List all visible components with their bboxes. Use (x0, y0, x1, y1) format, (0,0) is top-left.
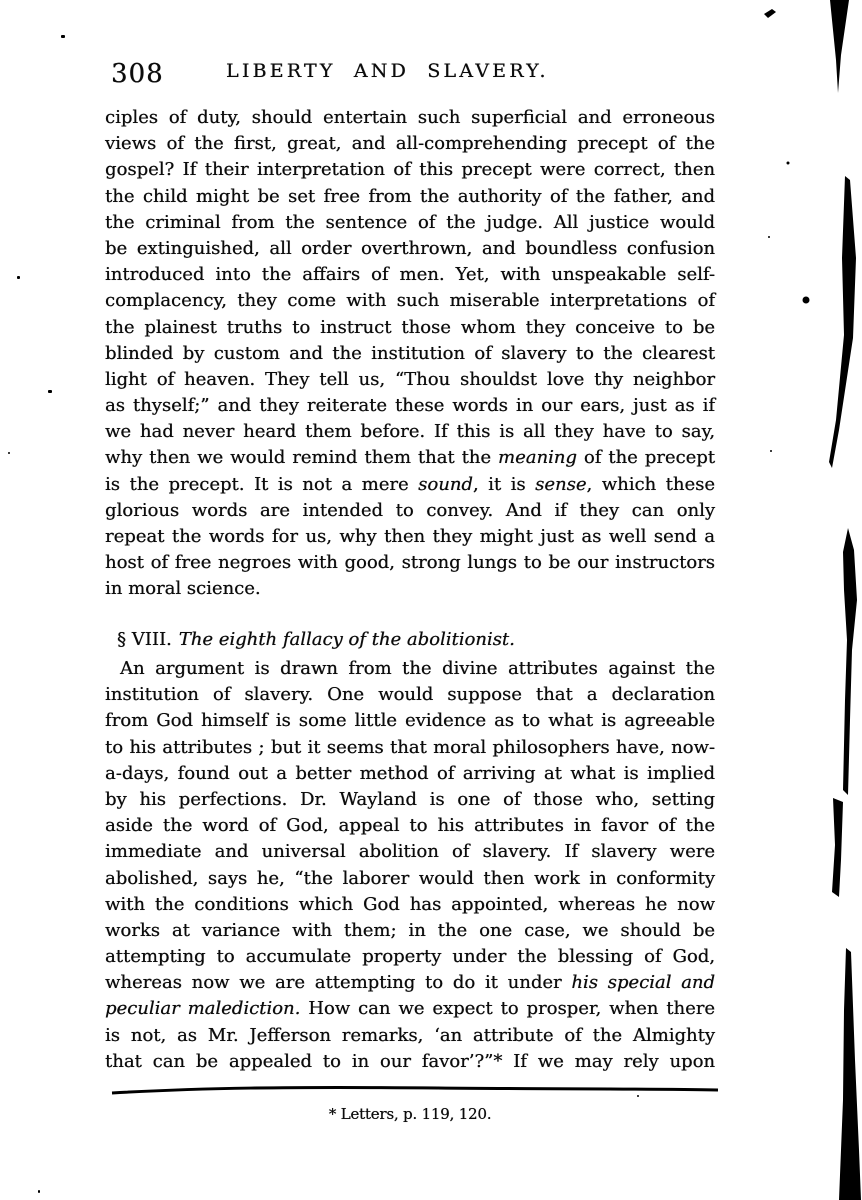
footnote: * Letters, p. 119, 120. (105, 1104, 715, 1124)
text-line: by his perfections. Dr. Wayland is one o… (105, 787, 715, 813)
ink-speck (38, 1190, 40, 1193)
text: with the conditions which God has appoin… (105, 894, 715, 915)
text-line: that can be appealed to in our favor’?”*… (105, 1049, 715, 1075)
text: of the precept (577, 447, 715, 468)
italic-text: sound (418, 474, 473, 495)
text-line: introduced into the affairs of men. Yet,… (105, 262, 715, 288)
text-line: with the conditions which God has appoin… (105, 892, 715, 918)
text-line: a-days, found out a better method of arr… (105, 761, 715, 787)
text-line: in moral science. (105, 576, 715, 602)
text: light of heaven. They tell us, “Thou sho… (105, 369, 715, 390)
ink-speck (61, 35, 65, 38)
text: as thyself;” and they reiterate these wo… (105, 395, 715, 416)
italic-text: his special and (571, 972, 715, 993)
text: views of the first, great, and all-compr… (105, 133, 715, 154)
text: glorious words are intended to convey. A… (105, 500, 715, 521)
ink-speck (8, 452, 10, 454)
text: abolished, says he, “the laborer would t… (105, 868, 715, 889)
text: An argument is drawn from the divine att… (120, 658, 715, 679)
text-line: from God himself is some little evidence… (105, 708, 715, 734)
running-title: LIBERTY AND SLAVERY. (226, 62, 549, 81)
text: introduced into the affairs of men. Yet,… (105, 264, 715, 285)
text-line: is the precept. It is not a mere sound, … (105, 472, 715, 498)
text-line: gospel? If their interpretation of this … (105, 157, 715, 183)
text-line: as thyself;” and they reiterate these wo… (105, 393, 715, 419)
text-line: host of free negroes with good, strong l… (105, 550, 715, 576)
text: gospel? If their interpretation of this … (105, 159, 715, 180)
text-line: is not, as Mr. Jefferson remarks, ‘an at… (105, 1023, 715, 1049)
text: works at variance with them; in the one … (105, 920, 715, 941)
text-line: the criminal from the sentence of the ju… (105, 210, 715, 236)
text: , it is (473, 474, 535, 495)
ink-speck (770, 450, 772, 452)
text: that can be appealed to in our favor’?”*… (105, 1051, 715, 1072)
text-line: glorious words are intended to convey. A… (105, 498, 715, 524)
text: blinded by custom and the institution of… (105, 343, 715, 364)
text-line: whereas now we are attempting to do it u… (105, 970, 715, 996)
italic-text: meaning (498, 447, 577, 468)
text: repeat the words for us, why then they m… (105, 526, 715, 547)
text: be extinguished, all order overthrown, a… (105, 238, 715, 259)
section-heading: § VIII.The eighth fallacy of the aboliti… (105, 626, 727, 653)
book-page: 308 LIBERTY AND SLAVERY. ciples of duty,… (0, 0, 862, 1200)
text-line: aside the word of God, appeal to his att… (105, 813, 715, 839)
section-marker: § VIII. (117, 629, 172, 650)
text-line: works at variance with them; in the one … (105, 918, 715, 944)
text-line: complacency, they come with such miserab… (105, 288, 715, 314)
text-line: peculiar malediction. How can we expect … (105, 996, 715, 1022)
text-line: why then we would remind them that the m… (105, 445, 715, 471)
text-line: the plainest truths to instruct those wh… (105, 315, 715, 341)
text: we had never heard them before. If this … (105, 421, 715, 442)
text: attempting to accumulate property under … (105, 946, 715, 967)
text: immediate and universal abolition of sla… (105, 841, 715, 862)
text-line: blinded by custom and the institution of… (105, 341, 715, 367)
text: the criminal from the sentence of the ju… (105, 212, 715, 233)
paragraph-2: An argument is drawn from the divine att… (105, 656, 715, 1075)
text-line: the child might be set free from the aut… (105, 184, 715, 210)
text: the plainest truths to instruct those wh… (105, 317, 715, 338)
text-line: attempting to accumulate property under … (105, 944, 715, 970)
text: , which these (586, 474, 715, 495)
text: ciples of duty, should entertain such su… (105, 107, 715, 128)
paragraph-1: ciples of duty, should entertain such su… (105, 105, 715, 603)
text-line: light of heaven. They tell us, “Thou sho… (105, 367, 715, 393)
text: complacency, they come with such miserab… (105, 290, 715, 311)
text: in moral science. (105, 578, 261, 599)
text: the child might be set free from the aut… (105, 186, 715, 207)
text-line: ciples of duty, should entertain such su… (105, 105, 715, 131)
text-line: An argument is drawn from the divine att… (105, 656, 715, 682)
text: is the precept. It is not a mere (105, 474, 418, 495)
text: institution of slavery. One would suppos… (105, 684, 715, 705)
page-number: 308 (111, 61, 164, 87)
text-line: repeat the words for us, why then they m… (105, 524, 715, 550)
text-line: views of the first, great, and all-compr… (105, 131, 715, 157)
text: from God himself is some little evidence… (105, 710, 715, 731)
text: to his attributes ; but it seems that mo… (105, 737, 715, 758)
text: is not, as Mr. Jefferson remarks, ‘an at… (105, 1025, 715, 1046)
ink-speck (637, 1095, 639, 1097)
ink-speck (17, 276, 20, 279)
text-line: immediate and universal abolition of sla… (105, 839, 715, 865)
ink-speck (768, 236, 770, 238)
section-title: The eighth fallacy of the abolitionist. (179, 629, 515, 650)
text-line: institution of slavery. One would suppos… (105, 682, 715, 708)
footnote-rule (108, 1084, 724, 1098)
text: a-days, found out a better method of arr… (105, 763, 715, 784)
italic-text: sense (535, 474, 586, 495)
text-line: to his attributes ; but it seems that mo… (105, 735, 715, 761)
text: by his perfections. Dr. Wayland is one o… (105, 789, 715, 810)
text: whereas now we are attempting to do it u… (105, 972, 571, 993)
text: aside the word of God, appeal to his att… (105, 815, 715, 836)
text-line: we had never heard them before. If this … (105, 419, 715, 445)
italic-text: peculiar malediction. (105, 998, 300, 1019)
ink-speck (48, 390, 52, 393)
text: How can we expect to prosper, when there (300, 998, 715, 1019)
text: host of free negroes with good, strong l… (105, 552, 715, 573)
text: why then we would remind them that the (105, 447, 498, 468)
scan-artifact-gutter (760, 0, 862, 1200)
text-line: abolished, says he, “the laborer would t… (105, 866, 715, 892)
text-line: be extinguished, all order overthrown, a… (105, 236, 715, 262)
